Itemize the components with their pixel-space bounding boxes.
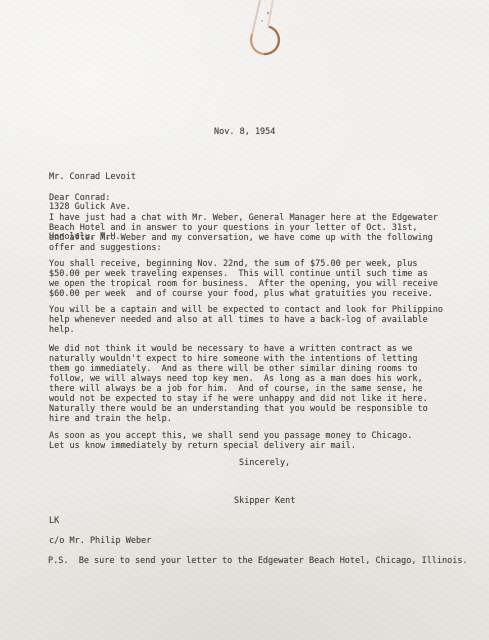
- salutation: Dear Conrad:: [49, 193, 110, 203]
- body-paragraph-4: We did not think it would be necessary t…: [49, 344, 428, 424]
- body-paragraph-1: I have just had a chat with Mr. Weber, G…: [49, 213, 438, 253]
- paperclip-rust-spot: [261, 20, 263, 22]
- paperclip-loop-rust: [265, 27, 279, 54]
- recipient-name: Mr. Conrad Levoit: [49, 172, 136, 182]
- body-paragraph-5: As soon as you accept this, we shall sen…: [49, 431, 412, 451]
- paperclip-rust-spot: [267, 12, 269, 14]
- paperclip-wire-left: [252, 0, 260, 35]
- paperclip-icon: [225, 0, 315, 65]
- typist-initials: LK: [49, 516, 59, 526]
- body-paragraph-2: You shall receive, beginning Nov. 22nd, …: [49, 259, 438, 299]
- letter-page: Nov. 8, 1954 Mr. Conrad Levoit 1328 Guli…: [0, 0, 489, 640]
- postscript: P.S. Be sure to send your letter to the …: [48, 556, 468, 566]
- closing-salutation: Sincerely,: [239, 458, 290, 468]
- care-of-line: c/o Mr. Philip Weber: [49, 536, 151, 546]
- body-paragraph-3: You will be a captain and will be expect…: [49, 305, 443, 335]
- signature-name: Skipper Kent: [234, 496, 295, 506]
- recipient-street: 1328 Gulick Ave.: [49, 202, 136, 212]
- letter-date: Nov. 8, 1954: [214, 127, 275, 137]
